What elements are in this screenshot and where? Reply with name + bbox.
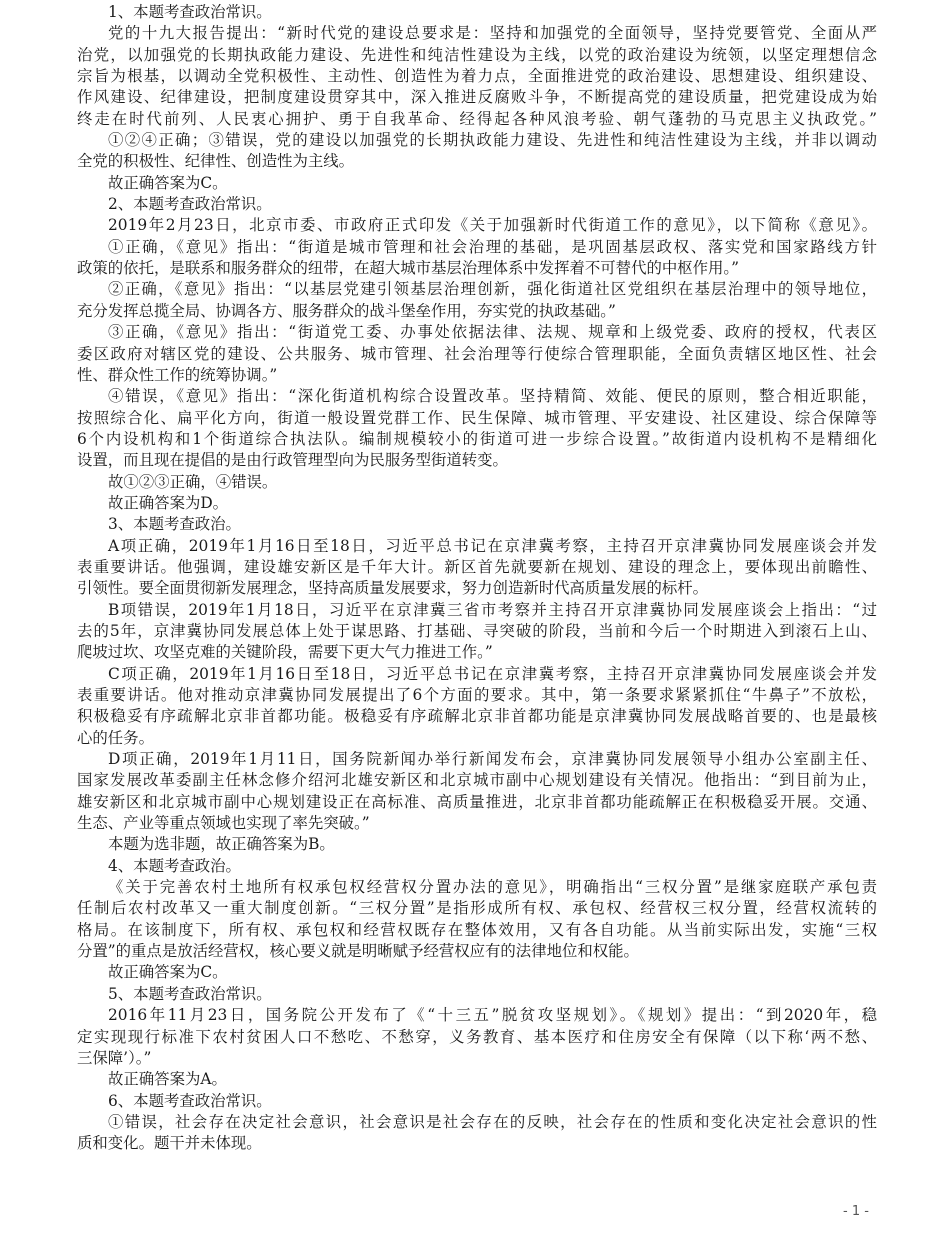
text-line: 性、群众性工作的统筹协调。” [77,365,877,386]
text-line: 三保障’）。” [77,1048,877,1069]
text-line: 国家发展改革委副主任林念修介绍河北雄安新区和北京城市副中心规划建设有关情况。他指… [77,770,877,791]
text-line: 《关于完善农村土地所有权承包权经营权分置办法的意见》，明确指出“三权分置”是继家… [77,877,877,898]
text-line: B项错误，2019年1月18日，习近平在京津冀三省市考察并主持召开京津冀协同发展… [77,600,877,621]
text-line: 表重要讲话。他对推动京津冀协同发展提出了6个方面的要求。其中，第一条要求紧紧抓住… [77,685,877,706]
document-page: 1、本题考查政治常识。党的十九大报告提出：“新时代党的建设总要求是：坚持和加强党… [77,2,877,1155]
text-line: 心的任务。 [77,728,877,749]
text-line: 雄安新区和北京城市副中心规划建设正在高标准、高质量推进，北京非首都功能疏解正在积… [77,792,877,813]
text-line: ①正确，《意见》指出：“街道是城市管理和社会治理的基础，是巩固基层政权、落实党和… [77,237,877,258]
text-line: C项正确，2019年1月16日至18日，习近平总书记在京津冀考察，主持召开京津冀… [77,664,877,685]
text-line: 政策的依托，是联系和服务群众的纽带，在超大城市基层治理体系中发挥着不可替代的中枢… [77,258,877,279]
text-line: 故正确答案为C。 [77,962,877,983]
text-line: 5、本题考查政治常识。 [77,984,877,1005]
page-number: - 1 - [843,1204,869,1219]
text-line: 6、本题考查政治常识。 [77,1091,877,1112]
text-line: 故正确答案为A。 [77,1069,877,1090]
text-line: 2、本题考查政治常识。 [77,194,877,215]
text-line: 全党的积极性、纪律性、创造性为主线。 [77,151,877,172]
text-line: 4、本题考查政治。 [77,856,877,877]
text-line: 生态、产业等重点领域也实现了率先突破。” [77,813,877,834]
text-line: 表重要讲话。他强调，建设雄安新区是千年大计。新区首先就要新在规划、建设的理念上，… [77,557,877,578]
text-line: 故正确答案为C。 [77,173,877,194]
text-line: 治党，以加强党的长期执政能力建设、先进性和纯洁性建设为主线，以党的政治建设为统领… [77,45,877,66]
text-line: 2016年11月23日，国务院公开发布了《“十三五”脱贫攻坚规划》。《规划》提出… [77,1005,877,1026]
text-line: 格局。在该制度下，所有权、承包权和经营权既存在整体效用，又有各自功能。从当前实际… [77,920,877,941]
text-line: 3、本题考查政治。 [77,514,877,535]
text-line: 分置”的重点是放活经营权，核心要义就是明晰赋予经营权应有的法律地位和权能。 [77,941,877,962]
text-line: ①错误，社会存在决定社会意识，社会意识是社会存在的反映，社会存在的性质和变化决定… [77,1112,877,1133]
text-line: 质和变化。题干并未体现。 [77,1133,877,1154]
text-line: 按照综合化、扁平化方向，街道一般设置党群工作、民生保障、城市管理、平安建设、社区… [77,408,877,429]
text-line: ④错误，《意见》指出：“深化街道机构综合设置改革。坚持精简、效能、便民的原则，整… [77,386,877,407]
text-line: 本题为选非题，故正确答案为B。 [77,834,877,855]
text-line: A项正确，2019年1月16日至18日，习近平总书记在京津冀考察，主持召开京津冀… [77,536,877,557]
text-line: 积极稳妥有序疏解北京非首都功能。极稳妥有序疏解北京非首都功能是京津冀协同发展战略… [77,706,877,727]
text-line: ①②④正确；③错误，党的建设以加强党的长期执政能力建设、先进性和纯洁性建设为主线… [77,130,877,151]
text-line: 故正确答案为D。 [77,493,877,514]
text-line: 定实现现行标准下农村贫困人口不愁吃、不愁穿，义务教育、基本医疗和住房安全有保障（… [77,1027,877,1048]
text-line: 爬坡过坎、攻坚克难的关键阶段，需要下更大气力推进工作。” [77,642,877,663]
text-line: 去的5年，京津冀协同发展总体上处于谋思路、打基础、寻突破的阶段，当前和今后一个时… [77,621,877,642]
text-line: 作风建设、纪律建设，把制度建设贯穿其中，深入推进反腐败斗争，不断提高党的建设质量… [77,87,877,108]
text-line: 设置，而且现在提倡的是由行政管理型向为民服务型街道转变。 [77,450,877,471]
text-line: 充分发挥总揽全局、协调各方、服务群众的战斗堡垒作用，夯实党的执政基础。” [77,301,877,322]
text-line: 1、本题考查政治常识。 [77,2,877,23]
text-line: 宗旨为根基，以调动全党积极性、主动性、创造性为着力点，全面推进党的政治建设、思想… [77,66,877,87]
text-line: 2019年2月23日，北京市委、市政府正式印发《关于加强新时代街道工作的意见》，… [77,215,877,236]
text-line: D项正确，2019年1月11日，国务院新闻办举行新闻发布会，京津冀协同发展领导小… [77,749,877,770]
text-line: ②正确，《意见》指出：“以基层党建引领基层治理创新，强化街道社区党组织在基层治理… [77,279,877,300]
text-line: 终走在时代前列、人民衷心拥护、勇于自我革命、经得起各种风浪考验、朝气蓬勃的马克思… [77,109,877,130]
text-line: 引领性。要全面贯彻新发展理念，坚持高质量发展要求，努力创造新时代高质量发展的标杆… [77,578,877,599]
text-line: 任制后农村改革又一重大制度创新。“三权分置”是指形成所有权、承包权、经营权三权分… [77,898,877,919]
text-line: ③正确，《意见》指出：“街道党工委、办事处依据法律、法规、规章和上级党委、政府的… [77,322,877,343]
text-line: 故①②③正确，④错误。 [77,472,877,493]
text-line: 党的十九大报告提出：“新时代党的建设总要求是：坚持和加强党的全面领导，坚持党要管… [77,23,877,44]
text-line: 6个内设机构和1个街道综合执法队。编制规模较小的街道可进一步综合设置。”故街道内… [77,429,877,450]
text-line: 委区政府对辖区党的建设、公共服务、城市管理、社会治理等行使综合管理职能，全面负责… [77,344,877,365]
